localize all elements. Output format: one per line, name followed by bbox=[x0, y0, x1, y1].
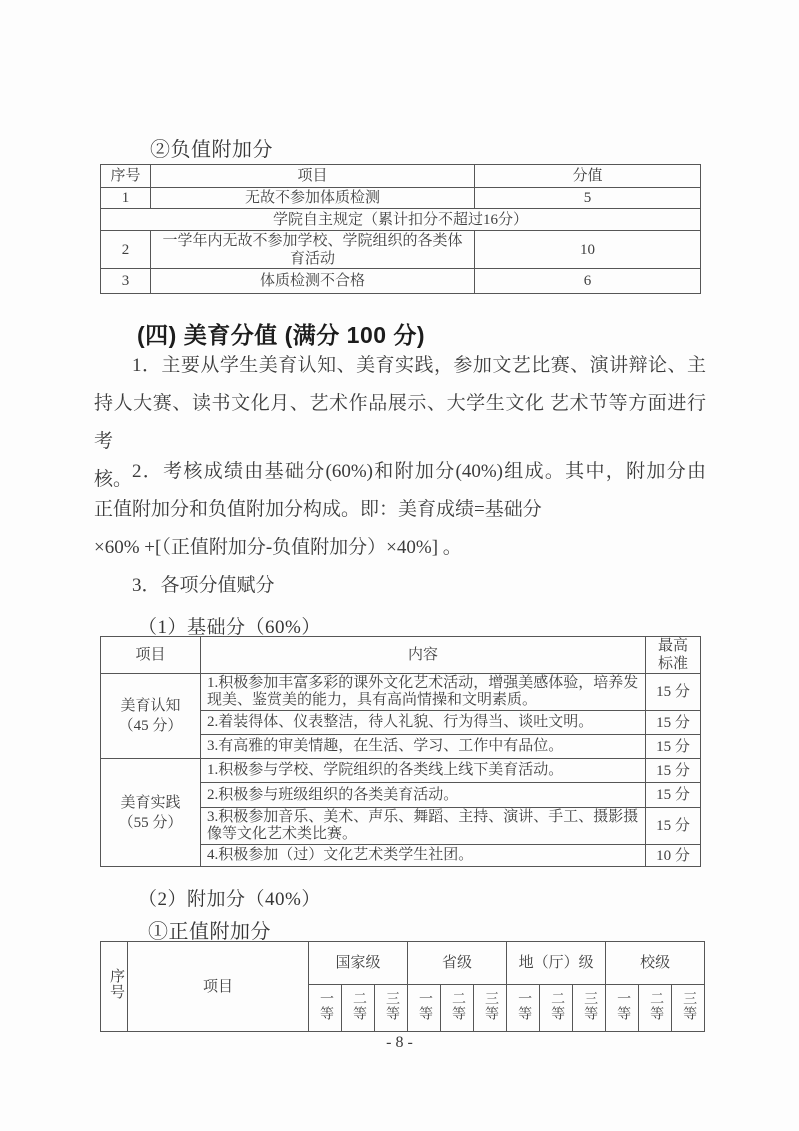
heading-section-four: (四) 美育分值 (满分 100 分) bbox=[137, 317, 425, 350]
group-score: （45 分） bbox=[107, 716, 194, 736]
cell-max: 10 分 bbox=[646, 845, 701, 867]
vertical-label: 三等 bbox=[382, 991, 400, 1021]
col-header-municipal: 地（厅）级 bbox=[507, 942, 606, 985]
col-header-no: 序号 bbox=[101, 165, 151, 188]
paragraph-2: 2．考核成绩由基础分(60%)和附加分(40%)组成。其中，附加分由 正值附加分… bbox=[94, 453, 706, 567]
group-name: 美育实践 bbox=[107, 793, 194, 813]
vertical-label: 三等 bbox=[580, 991, 598, 1021]
cell-max: 15 分 bbox=[646, 808, 701, 845]
cell-score: 10 bbox=[475, 231, 701, 269]
vertical-label: 二等 bbox=[547, 991, 565, 1021]
positive-addon-table: 序号 项目 国家级 省级 地（厅）级 校级 一等 二等 三等 一等 二等 三等 … bbox=[100, 941, 705, 1032]
cell-grade: 一等 bbox=[606, 985, 639, 1032]
cell-merged-note: 学院自主规定（累计扣分不超过16分） bbox=[101, 209, 701, 231]
cell-score: 6 bbox=[475, 269, 701, 294]
cell-grade: 三等 bbox=[672, 985, 705, 1032]
col-header-max: 最高标准 bbox=[646, 637, 701, 674]
cell-group-practice: 美育实践 （55 分） bbox=[101, 759, 201, 867]
paragraph-line: 3．各项分值赋分 bbox=[94, 567, 706, 605]
heading-negative-addon: ②负值附加分 bbox=[150, 133, 273, 162]
cell-grade: 一等 bbox=[309, 985, 342, 1032]
cell-item: 无故不参加体质检测 bbox=[151, 188, 475, 209]
table-row: 美育认知 （45 分） 1.积极参加丰富多彩的课外文化艺术活动，增强美感体验，培… bbox=[101, 674, 701, 711]
col-header-national: 国家级 bbox=[309, 942, 408, 985]
col-header-content: 内容 bbox=[201, 637, 646, 674]
cell-max: 15 分 bbox=[646, 674, 701, 711]
col-header-no: 序号 bbox=[101, 942, 128, 1032]
cell-no: 2 bbox=[101, 231, 151, 269]
cell-grade: 二等 bbox=[342, 985, 375, 1032]
cell-group-cognition: 美育认知 （45 分） bbox=[101, 674, 201, 759]
vertical-label: 三等 bbox=[679, 991, 697, 1021]
col-header-school: 校级 bbox=[606, 942, 705, 985]
subheading-base-score: （1）基础分（60%） bbox=[138, 612, 321, 639]
vertical-label: 二等 bbox=[646, 991, 664, 1021]
cell-grade: 三等 bbox=[474, 985, 507, 1032]
table-row: 美育实践 （55 分） 1.积极参与学校、学院组织的各类线上线下美育活动。 15… bbox=[101, 759, 701, 783]
table-header-row: 序号 项目 国家级 省级 地（厅）级 校级 bbox=[101, 942, 705, 985]
cell-grade: 三等 bbox=[375, 985, 408, 1032]
col-header-provincial: 省级 bbox=[408, 942, 507, 985]
paragraph-line: 1．主要从学生美育认知、美育实践，参加文艺比赛、演讲辩论、主 bbox=[94, 347, 706, 385]
col-header-score: 分值 bbox=[475, 165, 701, 188]
vertical-label: 序号 bbox=[107, 968, 125, 1000]
paragraph-3: 3．各项分值赋分 bbox=[94, 567, 706, 605]
cell-content: 2.着装得体、仪表整洁，待人礼貌、行为得当、谈吐文明。 bbox=[201, 711, 646, 735]
cell-content: 1.积极参与学校、学院组织的各类线上线下美育活动。 bbox=[201, 759, 646, 783]
cell-no: 3 bbox=[101, 269, 151, 294]
document-page: ②负值附加分 序号 项目 分值 1 无故不参加体质检测 5 学院自主规定（累计扣… bbox=[0, 0, 799, 1131]
vertical-label: 一等 bbox=[316, 991, 334, 1021]
vertical-label: 一等 bbox=[415, 991, 433, 1021]
vertical-label: 三等 bbox=[481, 991, 499, 1021]
cell-grade: 一等 bbox=[507, 985, 540, 1032]
cell-content: 3.有高雅的审美情趣，在生活、学习、工作中有品位。 bbox=[201, 735, 646, 759]
cell-grade: 一等 bbox=[408, 985, 441, 1032]
col-header-item: 项目 bbox=[151, 165, 475, 188]
vertical-label: 二等 bbox=[448, 991, 466, 1021]
vertical-label: 一等 bbox=[613, 991, 631, 1021]
paragraph-line: 2．考核成绩由基础分(60%)和附加分(40%)组成。其中，附加分由 bbox=[94, 453, 706, 491]
table-header-row: 项目 内容 最高标准 bbox=[101, 637, 701, 674]
base-score-table: 项目 内容 最高标准 美育认知 （45 分） 1.积极参加丰富多彩的课外文化艺术… bbox=[100, 636, 701, 867]
cell-max: 15 分 bbox=[646, 783, 701, 808]
table-row: 1 无故不参加体质检测 5 bbox=[101, 188, 701, 209]
cell-content: 1.积极参加丰富多彩的课外文化艺术活动，增强美感体验，培养发现美、鉴赏美的能力，… bbox=[201, 674, 646, 711]
cell-max: 15 分 bbox=[646, 759, 701, 783]
negative-addon-table: 序号 项目 分值 1 无故不参加体质检测 5 学院自主规定（累计扣分不超过16分… bbox=[100, 164, 701, 294]
cell-content: 4.积极参加（过）文化艺术类学生社团。 bbox=[201, 845, 646, 867]
cell-no: 1 bbox=[101, 188, 151, 209]
heading-positive-addon: ①正值附加分 bbox=[148, 915, 271, 944]
cell-grade: 二等 bbox=[639, 985, 672, 1032]
subheading-addon-score: （2）附加分（40%） bbox=[138, 884, 321, 911]
vertical-label: 一等 bbox=[514, 991, 532, 1021]
paragraph-line: 持人大赛、读书文化月、艺术作品展示、大学生文化 艺术节等方面进行考 bbox=[94, 385, 706, 461]
cell-grade: 三等 bbox=[573, 985, 606, 1032]
table-header-row: 序号 项目 分值 bbox=[101, 165, 701, 188]
cell-content: 3.积极参加音乐、美术、声乐、舞蹈、主持、演讲、手工、摄影摄像等文化艺术类比赛。 bbox=[201, 808, 646, 845]
group-name: 美育认知 bbox=[107, 696, 194, 716]
paragraph-line: ×60% +[（正值附加分-负值附加分）×40%] 。 bbox=[94, 529, 706, 567]
cell-content: 2.积极参与班级组织的各类美育活动。 bbox=[201, 783, 646, 808]
cell-item: 一学年内无故不参加学校、学院组织的各类体育活动 bbox=[151, 231, 475, 269]
cell-max: 15 分 bbox=[646, 711, 701, 735]
cell-grade: 二等 bbox=[540, 985, 573, 1032]
cell-item: 体质检测不合格 bbox=[151, 269, 475, 294]
table-merged-row: 学院自主规定（累计扣分不超过16分） bbox=[101, 209, 701, 231]
cell-score: 5 bbox=[475, 188, 701, 209]
table-row: 3 体质检测不合格 6 bbox=[101, 269, 701, 294]
group-score: （55 分） bbox=[107, 813, 194, 833]
col-header-item: 项目 bbox=[128, 942, 309, 1032]
cell-grade: 二等 bbox=[441, 985, 474, 1032]
vertical-label: 二等 bbox=[349, 991, 367, 1021]
col-header-item: 项目 bbox=[101, 637, 201, 674]
cell-max: 15 分 bbox=[646, 735, 701, 759]
page-number: - 8 - bbox=[0, 1034, 799, 1052]
paragraph-line: 正值附加分和负值附加分构成。即：美育成绩=基础分 bbox=[94, 491, 706, 529]
table-row: 2 一学年内无故不参加学校、学院组织的各类体育活动 10 bbox=[101, 231, 701, 269]
